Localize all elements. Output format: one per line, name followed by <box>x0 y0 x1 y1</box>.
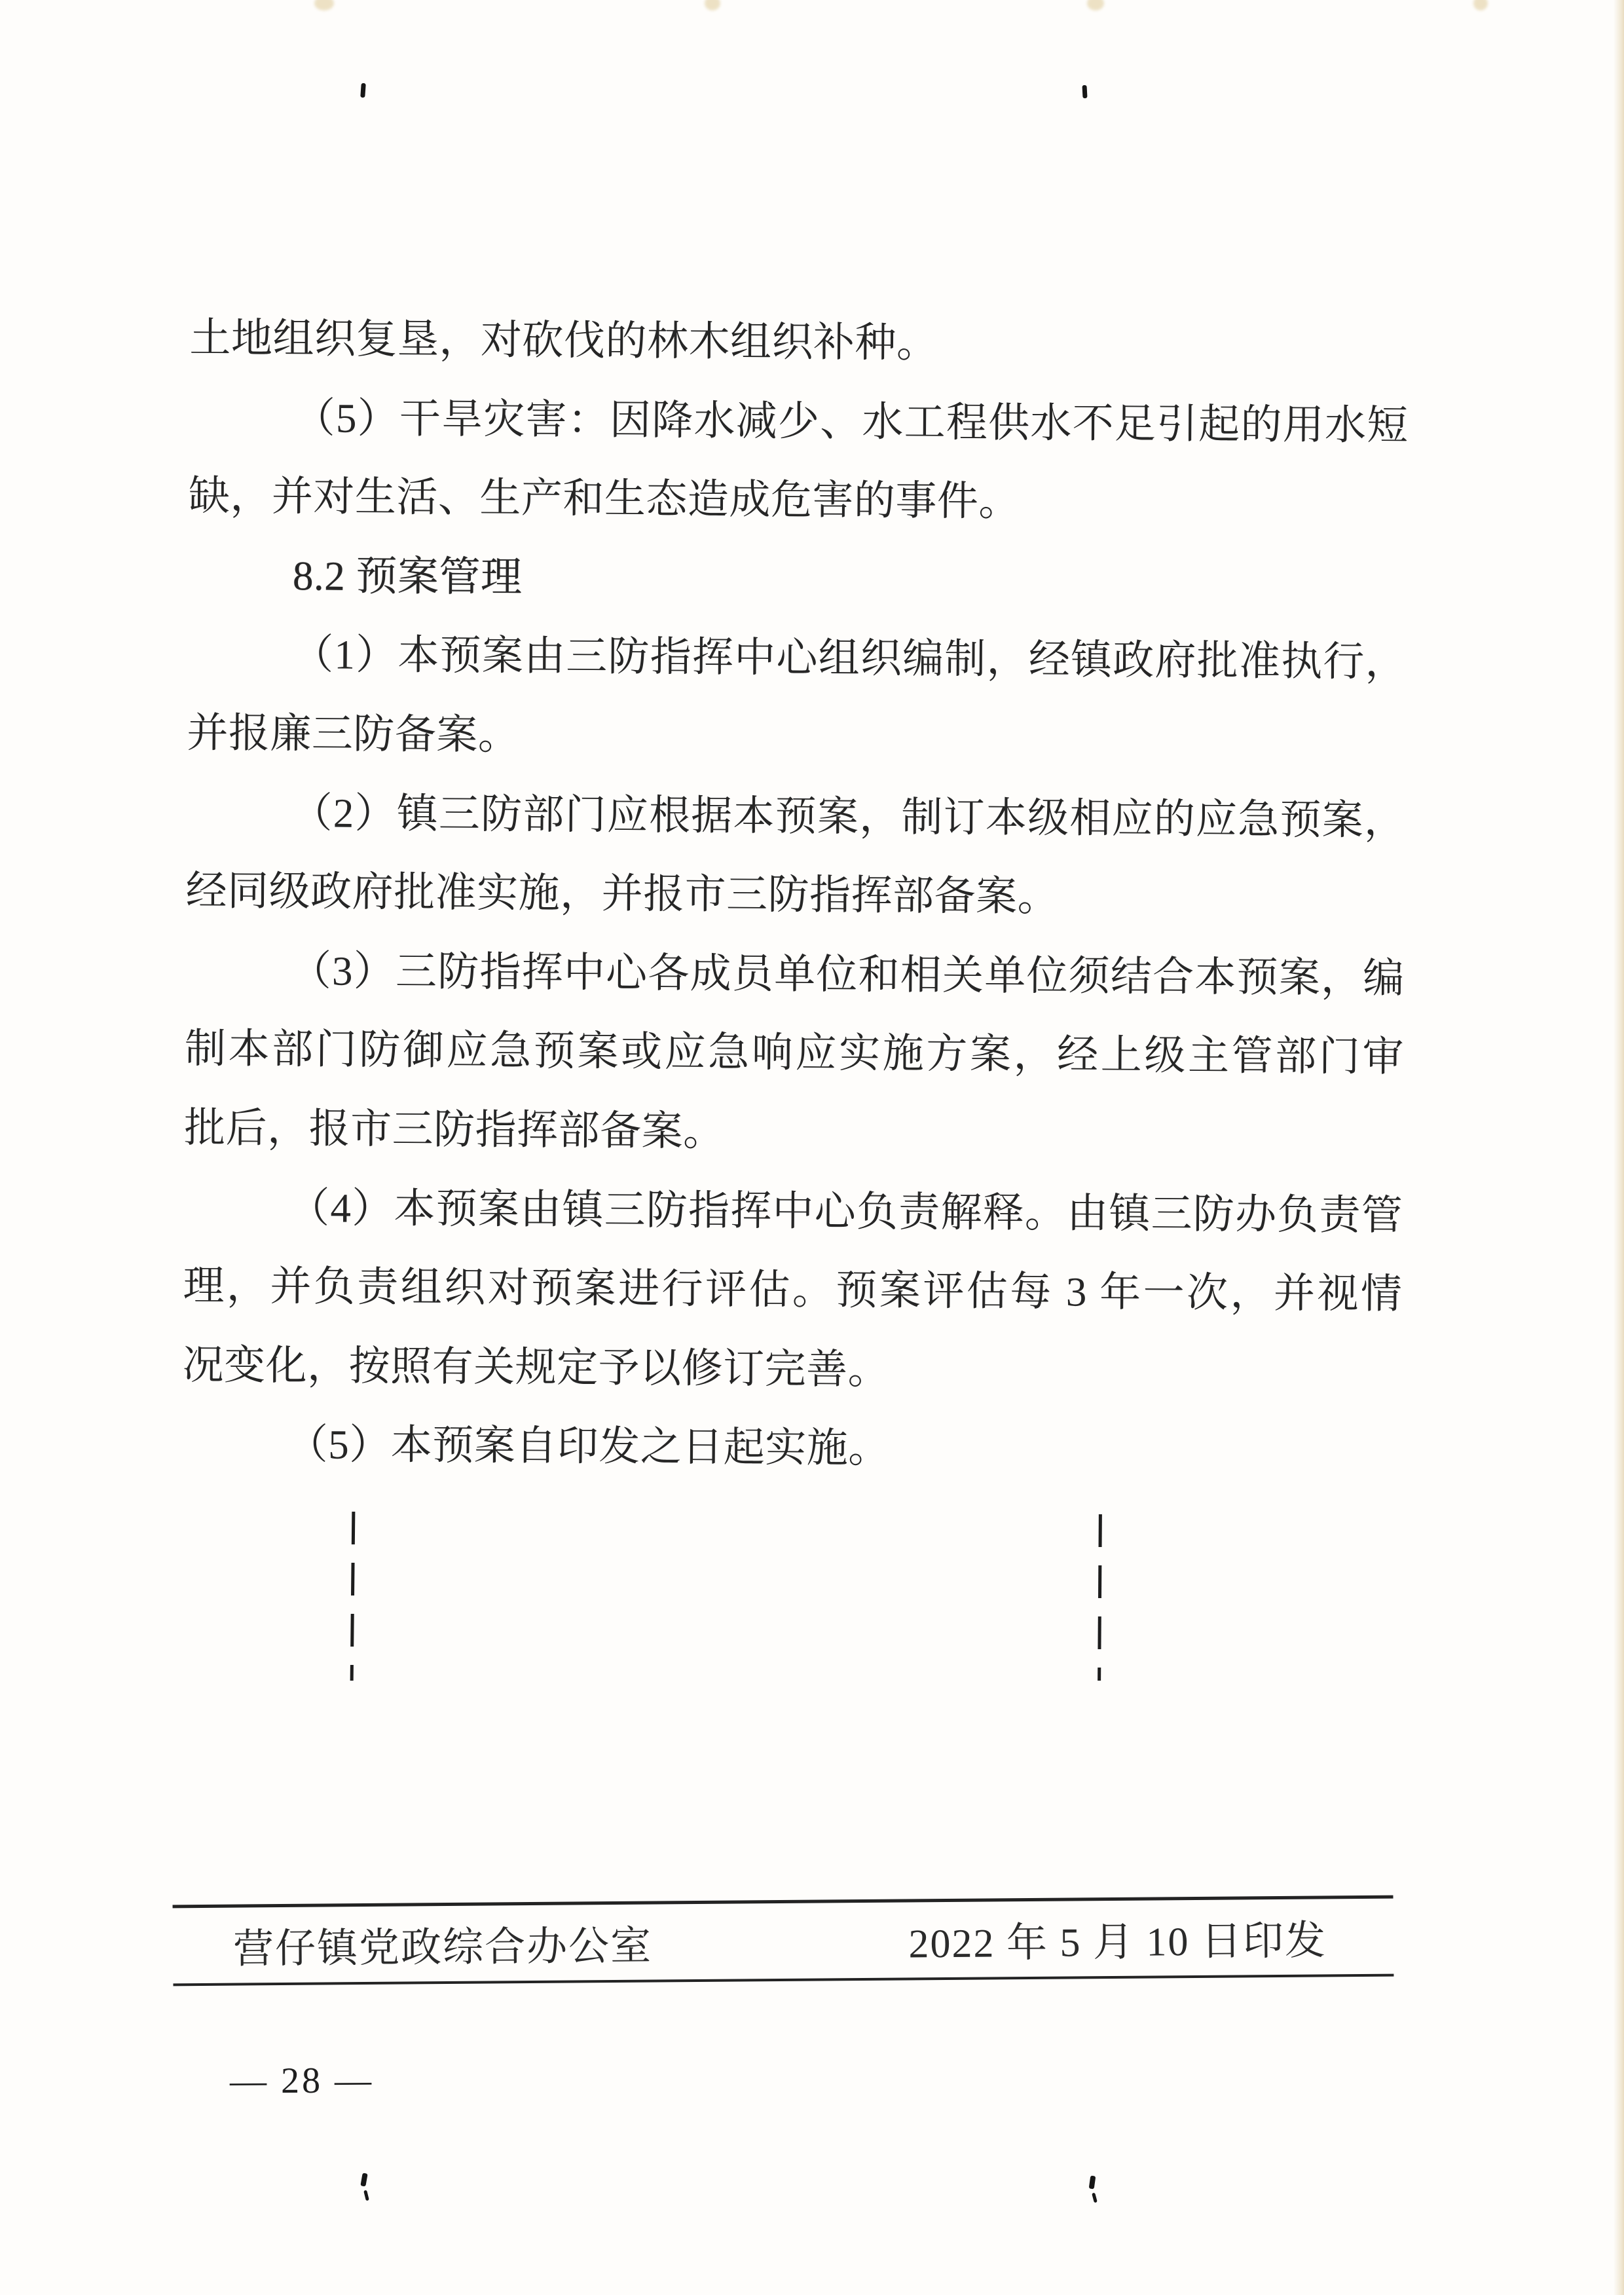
page-number: — 28 — <box>216 2057 388 2104</box>
text-line: 制本部门防御应急预案或应急响应实施方案，经上级主管部门审 <box>185 1009 1405 1097</box>
text-line: 理，并负责组织对预案进行评估。预案评估每 3 年一次，并视情 <box>183 1246 1403 1334</box>
text-line: 并报廉三防备案。 <box>187 694 1407 781</box>
scan-edge-shadow <box>1614 0 1624 2295</box>
text-line: 缺，并对生活、生产和生态造成危害的事件。 <box>188 457 1408 544</box>
footer-row: 营仔镇党政综合办公室 2022 年 5 月 10 日印发 <box>233 1909 1327 1972</box>
footer-rule-top <box>173 1895 1393 1909</box>
text-line: 批后，报市三防指挥部备案。 <box>184 1089 1404 1176</box>
footer-issuing-office: 营仔镇党政综合办公室 <box>233 1912 653 1974</box>
text-line: （3）三防指挥中心各成员单位和相关单位须结合本预案，编 <box>185 931 1405 1018</box>
scan-smudge <box>705 0 720 10</box>
scan-smudge <box>314 0 334 10</box>
footer-rule-bottom <box>173 1974 1393 1987</box>
dashed-fold-mark-right <box>1098 1514 1102 1681</box>
scan-smudge <box>1087 0 1104 10</box>
scan-artifact-mark <box>360 2173 367 2186</box>
scan-artifact-mark <box>1089 2176 1096 2190</box>
scanned-document-page: 土地组织复垦，对砍伐的林木组织补种。（5）干旱灾害：因降水减少、水工程供水不足引… <box>0 0 1624 2295</box>
text-line: （2）镇三防部门应根据本预案，制订本级相应的应急预案， <box>186 773 1406 861</box>
text-line: （5）本预案自印发之日起实施。 <box>181 1404 1401 1492</box>
footer-print-date: 2022 年 5 月 10 日印发 <box>908 1907 1327 1969</box>
text-line: 土地组织复垦，对砍伐的林木组织补种。 <box>189 299 1409 386</box>
text-line: 经同级政府批准实施，并报市三防指挥部备案。 <box>185 851 1405 939</box>
section-heading: 8.2 预案管理 <box>188 536 1408 624</box>
scan-artifact-mark <box>1092 2193 1098 2203</box>
text-line: 况变化，按照有关规定予以修订完善。 <box>182 1326 1402 1413</box>
text-line: （4）本预案由镇三防指挥中心负责解释。由镇三防办负责管 <box>183 1167 1403 1255</box>
scan-artifact-mark <box>363 2190 369 2201</box>
dashed-fold-mark-left <box>350 1512 356 1681</box>
scan-smudge <box>1473 0 1488 10</box>
scan-artifact-mark <box>360 83 366 98</box>
scan-artifact-mark <box>1082 85 1087 98</box>
footer: 营仔镇党政综合办公室 2022 年 5 月 10 日印发 <box>172 1892 1393 1993</box>
text-line: （5）干旱灾害：因降水减少、水工程供水不足引起的用水短 <box>189 378 1409 466</box>
document-body: 土地组织复垦，对砍伐的林木组织补种。（5）干旱灾害：因降水减少、水工程供水不足引… <box>181 299 1409 1492</box>
text-line: （1）本预案由三防指挥中心组织编制，经镇政府批准执行， <box>187 614 1407 702</box>
